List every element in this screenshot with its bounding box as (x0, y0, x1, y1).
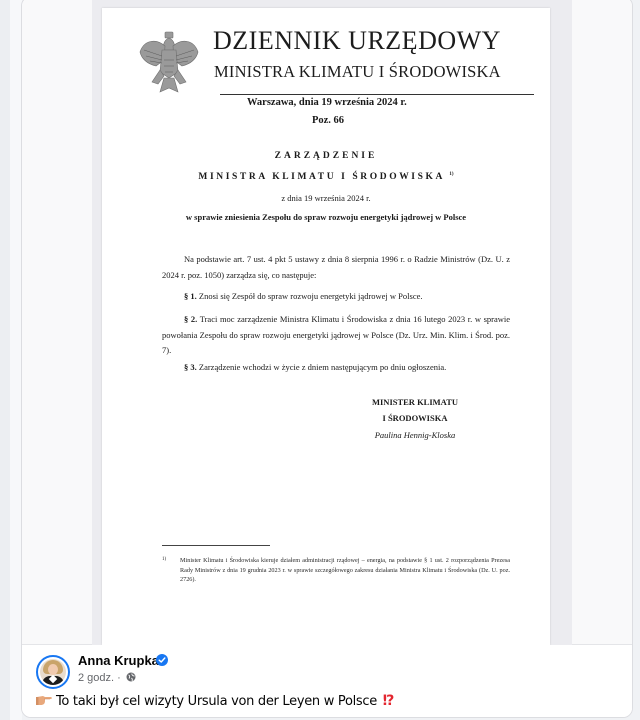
publication-place-date: Warszawa, dnia 19 września 2024 r. (247, 97, 407, 108)
post-image[interactable]: DZIENNIK URZĘDOWY MINISTRA KLIMATU I ŚRO… (22, 0, 633, 645)
section-text: Zarządzenie wchodzi w życie z dniem nast… (197, 362, 446, 372)
signatory-title-line-1: MINISTER KLIMATU (360, 394, 470, 410)
header-divider (220, 94, 534, 95)
backhand-index-pointing-right-icon (36, 693, 52, 707)
polish-eagle-emblem-icon (138, 30, 200, 96)
author-avatar[interactable] (36, 655, 70, 689)
ordinance-subject: w sprawie zniesienia Zespołu do spraw ro… (102, 212, 550, 222)
journal-title: DZIENNIK URZĘDOWY (213, 26, 501, 56)
section-mark: § 3. (184, 362, 197, 372)
signatory-title-line-2: I ŚRODOWISKA (360, 410, 470, 426)
signatory-name: Paulina Hennig-Kloska (360, 430, 470, 440)
post-text-content: To taki był cel wizyty Ursula von der Le… (56, 694, 377, 709)
footnote: 1) Minister Klimatu i Środowiska kieruje… (162, 556, 510, 585)
post-meta: 2 godz. · (78, 672, 136, 684)
page-background-strip (0, 0, 10, 720)
interrobang-icon: ⁉ (383, 693, 394, 709)
avatar-photo (40, 659, 66, 685)
section-text: Znosi się Zespół do spraw rozwoju energe… (197, 291, 423, 301)
post-card: DZIENNIK URZĘDOWY MINISTRA KLIMATU I ŚRO… (21, 0, 633, 718)
author-name-link[interactable]: Anna Krupka (78, 653, 159, 668)
footnote-text: Minister Klimatu i Środowiska kieruje dz… (180, 557, 510, 583)
globe-icon[interactable] (126, 672, 136, 682)
document-page: DZIENNIK URZĘDOWY MINISTRA KLIMATU I ŚRO… (102, 8, 550, 645)
position-number: Poz. 66 (102, 115, 550, 126)
section-mark: § 1. (184, 291, 197, 301)
section-mark: § 2. (184, 314, 197, 324)
ordinance-authority-text: MINISTRA KLIMATU I ŚRODOWISKA (198, 172, 444, 182)
post-text: To taki był cel wizyty Ursula von der Le… (36, 693, 394, 709)
post-timestamp-link[interactable]: 2 godz. (78, 672, 114, 684)
verified-badge-icon (156, 654, 168, 666)
journal-subtitle: MINISTRA KLIMATU I ŚRODOWISKA (214, 62, 501, 82)
meta-separator: · (114, 672, 124, 684)
signature-block: MINISTER KLIMATU I ŚRODOWISKA Paulina He… (360, 394, 470, 440)
section-2: § 2. Traci moc zarządzenie Ministra Klim… (162, 312, 510, 359)
ordinance-authority: MINISTRA KLIMATU I ŚRODOWISKA 1) (102, 172, 550, 182)
footnote-reference: 1) (449, 172, 453, 177)
footnote-mark: 1) (162, 555, 166, 565)
legal-basis-paragraph: Na podstawie art. 7 ust. 4 pkt 5 ustawy … (162, 252, 510, 283)
ordinance-title: ZARZĄDZENIE (102, 151, 550, 161)
section-3: § 3. Zarządzenie wchodzi w życie z dniem… (162, 360, 510, 376)
section-1: § 1. Znosi się Zespół do spraw rozwoju e… (162, 289, 510, 305)
section-text: Traci moc zarządzenie Ministra Klimatu i… (162, 314, 510, 355)
footnote-divider (162, 545, 270, 546)
ordinance-date: z dnia 19 września 2024 r. (102, 193, 550, 203)
post-header: Anna Krupka 2 godz. · To taki był cel wi… (22, 645, 633, 718)
